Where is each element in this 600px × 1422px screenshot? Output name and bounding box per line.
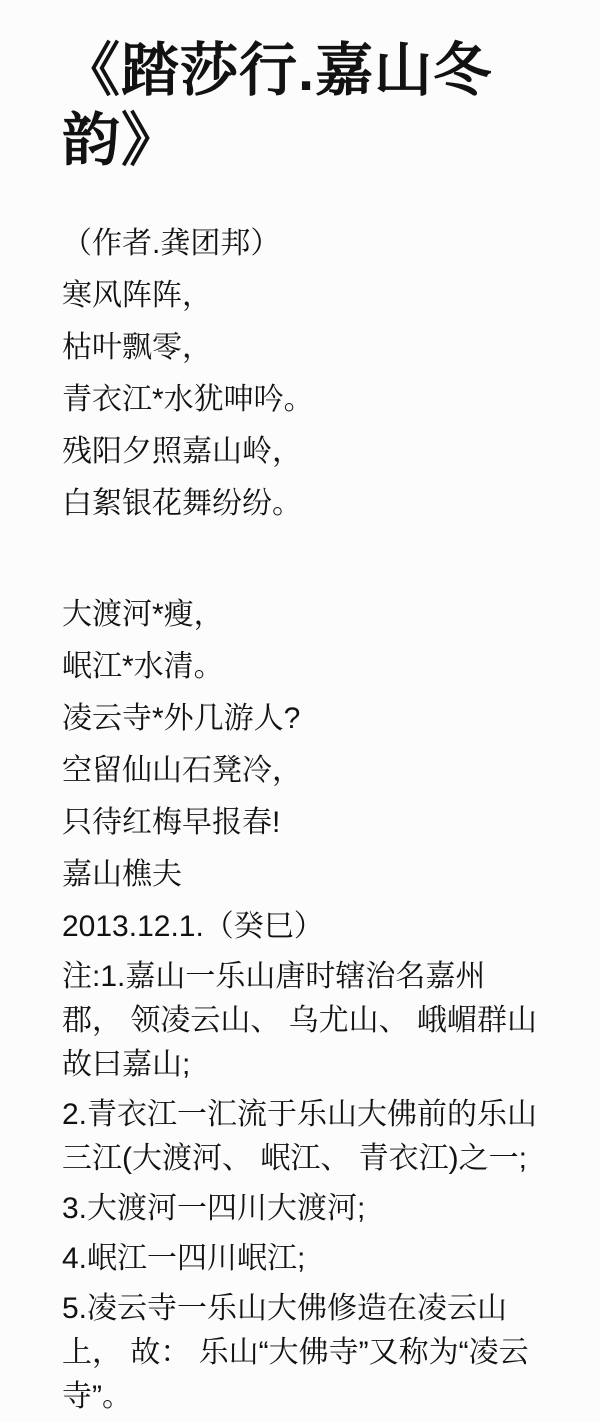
note-1-line-1: 注:1.嘉山一乐山唐时辖治名嘉州 [62, 955, 544, 999]
note-1-line-3: 故曰嘉山; [62, 1043, 544, 1087]
stanza2-line-3: 凌云寺*外几游人? [62, 695, 544, 742]
poem-title-line-2: 韵》 [62, 106, 544, 176]
stanza2-line-5: 只待红梅早报春! [62, 799, 544, 846]
note-4-line-1: 4.岷江一四川岷江; [62, 1237, 544, 1281]
stanza2-line-1: 大渡河*瘦， [62, 591, 544, 638]
stanza1-line-2: 枯叶飘零， [62, 324, 544, 371]
poem-page: 《踏莎行.嘉山冬 韵》 （作者.龚团邦） 寒风阵阵， 枯叶飘零， 青衣江*水犹呻… [0, 0, 600, 1419]
note-3-line-1: 3.大渡河一四川大渡河; [62, 1187, 544, 1231]
poem-title-line-1: 《踏莎行.嘉山冬 [62, 36, 544, 106]
note-3: 3.大渡河一四川大渡河; [62, 1187, 544, 1231]
stanza1-line-1: 寒风阵阵， [62, 272, 544, 319]
author-byline: （作者.龚团邦） [62, 220, 544, 267]
stanza2-line-4: 空留仙山石凳冷， [62, 747, 544, 794]
note-5-line-3: 寺”。 [62, 1375, 544, 1419]
note-2-line-2: 三江(大渡河、 岷江、 青衣江)之一; [62, 1137, 544, 1181]
stanza1-line-4: 残阳夕照嘉山岭， [62, 428, 544, 475]
date-line: 2013.12.1.（癸巳） [62, 903, 544, 950]
stanza-gap [62, 532, 544, 586]
note-2: 2.青衣江一汇流于乐山大佛前的乐山 三江(大渡河、 岷江、 青衣江)之一; [62, 1093, 544, 1181]
signature-line: 嘉山樵夫 [62, 851, 544, 898]
stanza1-line-5: 白絮银花舞纷纷。 [62, 480, 544, 527]
note-5-line-2: 上， 故： 乐山“大佛寺”又称为“凌云 [62, 1331, 544, 1375]
note-1-line-2: 郡， 领凌云山、 乌尤山、 峨嵋群山 [62, 999, 544, 1043]
stanza1-line-3: 青衣江*水犹呻吟。 [62, 376, 544, 423]
poem-title: 《踏莎行.嘉山冬 韵》 [62, 36, 544, 176]
note-1: 注:1.嘉山一乐山唐时辖治名嘉州 郡， 领凌云山、 乌尤山、 峨嵋群山 故曰嘉山… [62, 955, 544, 1087]
note-2-line-1: 2.青衣江一汇流于乐山大佛前的乐山 [62, 1093, 544, 1137]
note-5-line-1: 5.凌云寺一乐山大佛修造在凌云山 [62, 1287, 544, 1331]
note-5: 5.凌云寺一乐山大佛修造在凌云山 上， 故： 乐山“大佛寺”又称为“凌云 寺”。 [62, 1287, 544, 1419]
note-4: 4.岷江一四川岷江; [62, 1237, 544, 1281]
stanza2-line-2: 岷江*水清。 [62, 643, 544, 690]
